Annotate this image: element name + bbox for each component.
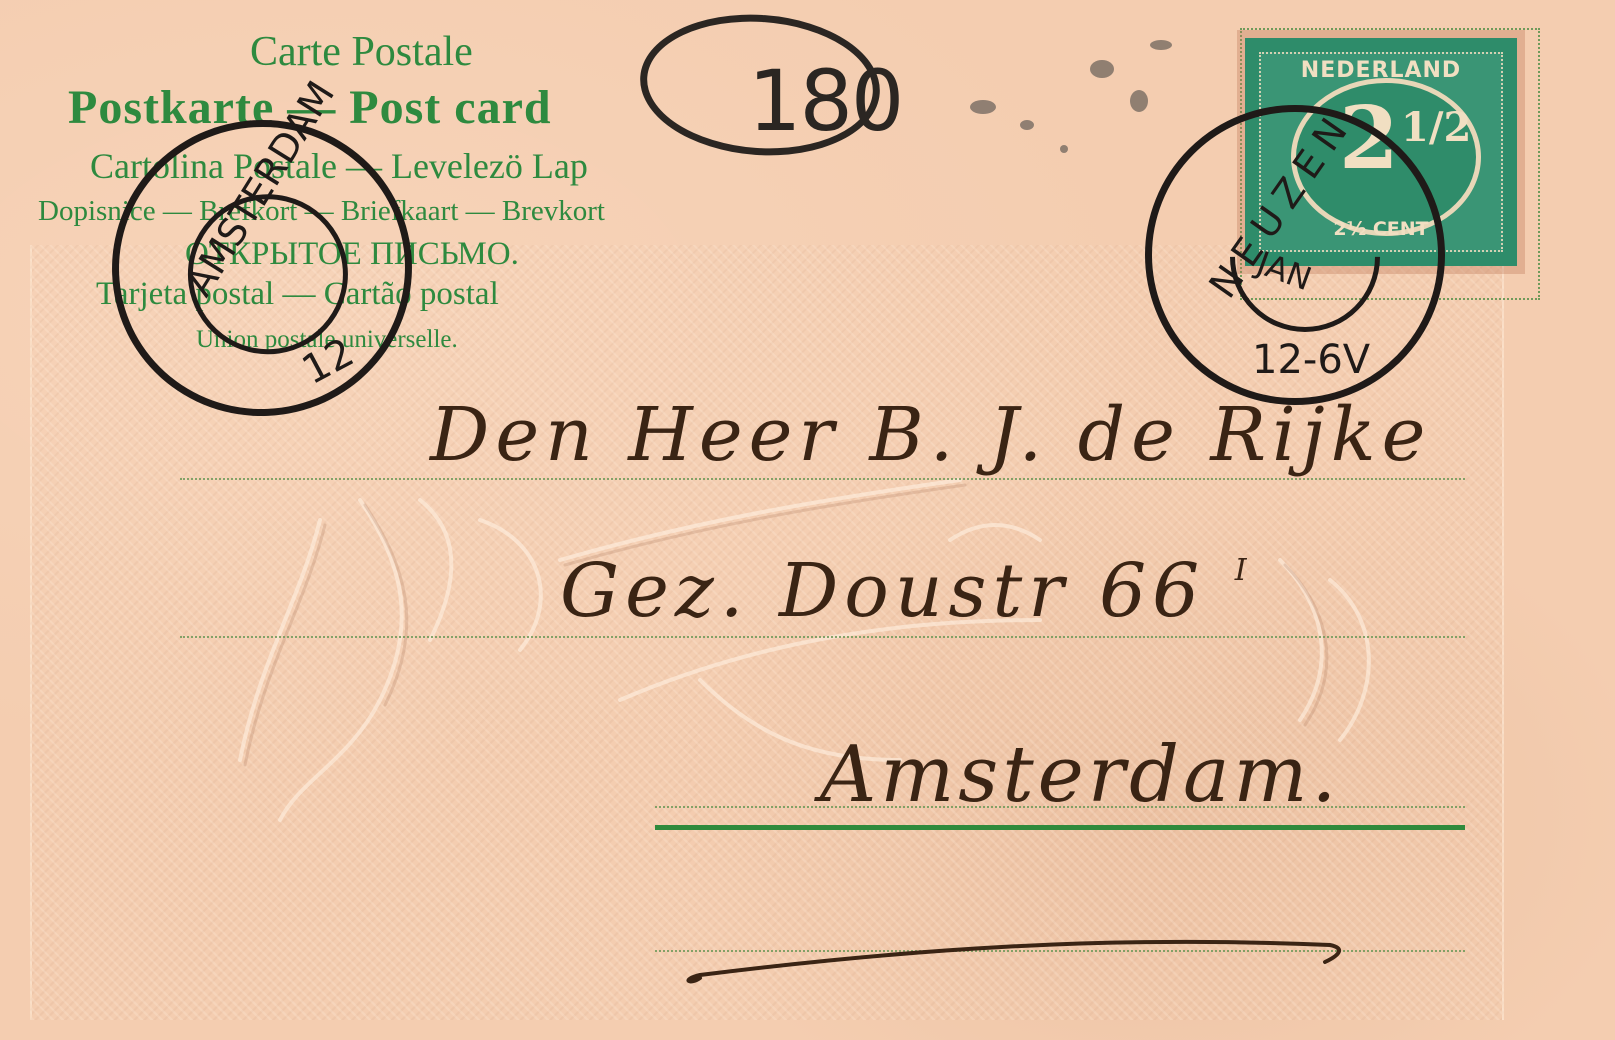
postcard: Carte Postale Postkarte — Post card Cart… (0, 0, 1615, 1040)
handwritten-flourish (0, 0, 1615, 1040)
